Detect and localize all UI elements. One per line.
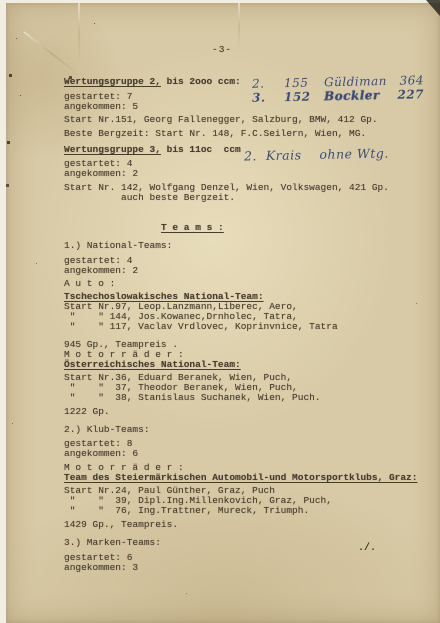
paper-sheet: -3- Wertungsgruppe 2, bis 2ooo ccm: gest… bbox=[6, 3, 440, 623]
group3-heading-underlined: Wertungsgruppe 3, bbox=[64, 144, 161, 155]
klub-teams-heading: 2.) Klub-Teams: bbox=[64, 425, 432, 435]
group2-line2: Beste Bergzeit: Start Nr. 148, F.C.Seile… bbox=[64, 129, 432, 139]
klub-finished: angekommen: 6 bbox=[64, 449, 432, 459]
national-teams-heading: 1.) National-Teams: bbox=[64, 241, 432, 251]
paper-specks bbox=[6, 3, 7, 4]
marken-finished: angekommen: 3 bbox=[64, 563, 432, 573]
scanned-document: -3- Wertungsgruppe 2, bis 2ooo ccm: gest… bbox=[0, 0, 440, 623]
handwritten-points: 364 bbox=[394, 74, 424, 87]
steiermark-team-heading: Team des Steiermärkischen Automobil-und … bbox=[64, 473, 432, 483]
handwritten-points: 227 bbox=[394, 88, 424, 101]
group2-finished: angekommen: 5 bbox=[64, 102, 432, 112]
group3-line2: auch beste Bergzeit. bbox=[64, 193, 432, 203]
handwritten-driver-name: Bockler bbox=[324, 89, 394, 102]
austrian-team-result: 1222 Gp. bbox=[64, 407, 432, 417]
handwritten-note: 2. Krais ohne Wtg. bbox=[244, 147, 389, 162]
klub-team-line: " " 76, Ing.Trattner, Mureck, Triumph. bbox=[64, 506, 432, 516]
klub-team-result: 1429 Gp., Teampreis. bbox=[64, 520, 432, 530]
typed-content: -3- Wertungsgruppe 2, bis 2ooo ccm: gest… bbox=[64, 39, 432, 573]
group2-heading-rest: bis 2ooo ccm: bbox=[161, 76, 241, 87]
czech-team-line: " " 117, Vaclav Vrdlovec, Koprinvnice, T… bbox=[64, 322, 432, 332]
handwritten-result-row: 3. 152 Bockler 227 bbox=[252, 88, 424, 104]
group3-heading-rest: bis 11oc ccm bbox=[161, 144, 241, 155]
teams-title: T e a m s : bbox=[161, 223, 432, 233]
national-finished: angekommen: 2 bbox=[64, 266, 432, 276]
group2-line1: Start Nr.151, Georg Fallenegger, Salzbur… bbox=[64, 115, 432, 125]
austrian-team-line: " " 38, Stanislaus Suchanek, Wien, Puch. bbox=[64, 393, 432, 403]
page-number: -3- bbox=[212, 45, 432, 55]
handwritten-rank: 3. bbox=[252, 91, 284, 104]
corner-fold bbox=[426, 0, 440, 16]
auto-label: A u t o : bbox=[64, 279, 432, 289]
handwritten-start-number: 152 bbox=[284, 90, 324, 103]
austrian-team-heading: Österreichisches National-Team: bbox=[64, 360, 432, 370]
continuation-mark: ./. bbox=[358, 543, 376, 554]
group3-finished: angekommen: 2 bbox=[64, 169, 432, 179]
handwritten-start-number: 155 bbox=[284, 76, 324, 89]
marken-teams-heading: 3.) Marken-Teams: bbox=[64, 538, 432, 548]
handwritten-driver-name: Güldiman bbox=[324, 75, 394, 88]
group2-heading-underlined: Wertungsgruppe 2, bbox=[64, 76, 161, 87]
handwritten-rank: 2. bbox=[252, 77, 284, 90]
